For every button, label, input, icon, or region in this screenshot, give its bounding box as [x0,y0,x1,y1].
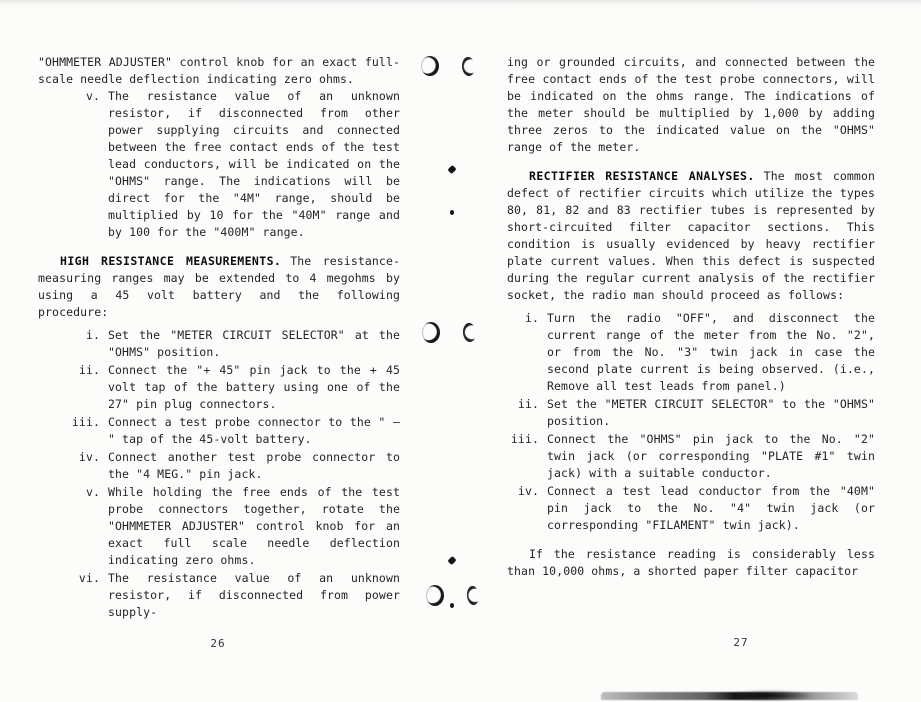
page-27: ing or grounded circuits, and connected … [507,54,875,580]
ink-dot-icon [447,556,456,565]
list-marker: ii. [507,396,539,430]
continuation-paragraph: "OHMMETER ADJUSTER" control knob for an … [38,54,400,88]
page-26: "OHMMETER ADJUSTER" control knob for an … [38,54,400,621]
list-marker: i. [507,310,539,395]
list-marker: v. [38,484,100,569]
section-intro-text: The most common defect of rectifier circ… [507,169,875,302]
list-marker: iv. [507,483,539,534]
list-marker: v. [38,88,100,241]
list-marker: iii. [507,431,539,482]
list-marker: vi. [38,570,100,621]
list-text: Connect a test probe connector to the " … [108,414,400,448]
binder-hole-icon [426,585,444,606]
list-item: i. Turn the radio "OFF", and disconnect … [507,310,875,395]
list-text: Set the "METER CIRCUIT SELECTOR" at the … [108,327,400,361]
binder-hole-icon [461,56,476,76]
list-marker: ii. [38,362,100,413]
list-item: ii. Connect the "+ 45" pin jack to the +… [38,362,400,413]
ink-dot-icon [447,165,456,174]
ink-dot-icon [450,603,454,608]
scanned-manual-spread: "OHMMETER ADJUSTER" control knob for an … [0,0,921,702]
page-number: 27 [726,636,756,649]
list-marker: i. [38,327,100,361]
closing-paragraph: If the resistance reading is considerabl… [507,546,875,580]
list-item: ii. Set the "METER CIRCUIT SELECTOR" to … [507,396,875,430]
section-heading: HIGH RESISTANCE MEASUREMENTS. [60,254,281,268]
list-marker: iii. [38,414,100,448]
list-item: v. While holding the free ends of the te… [38,484,400,569]
section-paragraph: HIGH RESISTANCE MEASUREMENTS.The resista… [38,253,400,321]
list-marker: iv. [38,449,100,483]
list-item: iii. Connect the "OHMS" pin jack to the … [507,431,875,482]
list-item: v. The resistance value of an unknown re… [38,88,400,241]
list-text: Connect another test probe connector to … [108,449,400,483]
procedure-list: i. Turn the radio "OFF", and disconnect … [507,310,875,534]
section-paragraph: RECTIFIER RESISTANCE ANALYSES.The most c… [507,168,875,304]
list-item: iii. Connect a test probe connector to t… [38,414,400,448]
list-text: The resistance value of an unknown resis… [108,88,400,241]
continuation-paragraph: ing or grounded circuits, and connected … [507,54,875,156]
section-heading: RECTIFIER RESISTANCE ANALYSES. [529,169,755,183]
list-text: Set the "METER CIRCUIT SELECTOR" to the … [547,396,875,430]
list-text: Connect a test lead conductor from the "… [547,483,875,534]
list-item: iv. Connect another test probe connector… [38,449,400,483]
binder-hole-icon [422,322,440,343]
page-number: 26 [203,637,233,650]
list-text: Connect the "OHMS" pin jack to the No. "… [547,431,875,482]
list-item: iv. Connect a test lead conductor from t… [507,483,875,534]
ink-dot-icon [450,210,454,215]
list-item: i. Set the "METER CIRCUIT SELECTOR" at t… [38,327,400,361]
scan-smudge-dark-spot [722,690,814,701]
binder-hole-icon [466,586,480,606]
list-text: The resistance value of an unknown resis… [108,570,400,621]
list-item: vi. The resistance value of an unknown r… [38,570,400,621]
binder-hole-icon [462,322,477,342]
procedure-list: i. Set the "METER CIRCUIT SELECTOR" at t… [38,327,400,621]
list-text: Connect the "+ 45" pin jack to the + 45 … [108,362,400,413]
list-text: Turn the radio "OFF", and disconnect the… [547,310,875,395]
binder-hole-icon [421,56,439,76]
list-text: While holding the free ends of the test … [108,484,400,569]
